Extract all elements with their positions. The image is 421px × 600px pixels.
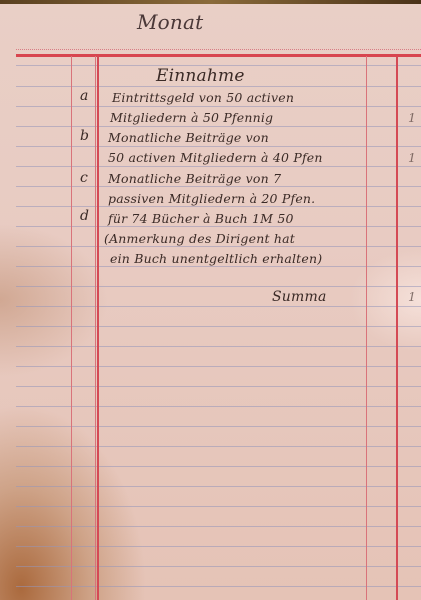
entry-a-line-1: Eintrittsgeld von 50 activen: [112, 90, 294, 105]
entry-d-line-2: (Anmerkung des Dirigent hat: [104, 231, 295, 246]
entry-label-c: c: [80, 170, 88, 186]
entry-b-line-2: 50 activen Mitgliedern à 40 Pfen: [108, 150, 323, 165]
total-column-rule: [396, 56, 398, 600]
margin-mark-3: 1: [408, 289, 416, 304]
margin-mark-2: 1: [408, 150, 416, 165]
entry-a-line-2: Mitgliedern à 50 Pfennig: [110, 110, 273, 125]
entry-label-d: d: [80, 208, 89, 224]
margin-mark-1: 1: [408, 110, 416, 125]
entry-b-line-1: Monatliche Beiträge von: [108, 130, 269, 145]
ledger-page: Monat Einnahme a E: [0, 0, 421, 600]
text-column-rule-b: [97, 56, 99, 600]
entry-c-line-1: Monatliche Beiträge von 7: [108, 171, 281, 186]
entry-d-line-3: ein Buch unentgeltlich erhalten): [110, 251, 322, 266]
book-edge: [0, 0, 421, 4]
total-label: Summa: [272, 289, 327, 305]
header-red-rule: [16, 54, 421, 57]
amount-column-rule: [366, 56, 367, 600]
entry-label-b: b: [80, 128, 89, 144]
label-column-rule: [71, 56, 72, 600]
page-header: Monat: [137, 10, 203, 34]
entry-c-line-2: passiven Mitgliedern à 20 Pfen.: [108, 191, 315, 206]
entry-d-line-1: für 74 Bücher à Buch 1M 50: [108, 211, 294, 226]
text-column-rule-a: [95, 56, 96, 600]
entry-label-a: a: [80, 88, 89, 104]
section-heading: Einnahme: [156, 66, 245, 86]
header-dotted-rule: [16, 49, 421, 50]
